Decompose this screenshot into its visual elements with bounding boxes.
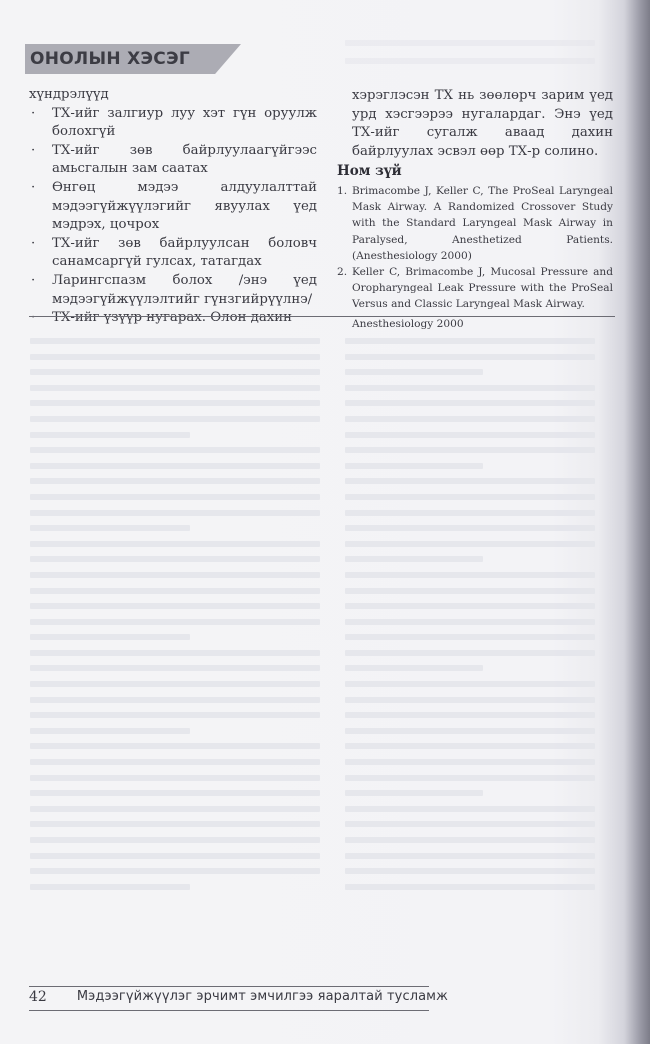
page-number: 42 xyxy=(29,989,47,1005)
bullet-dot-icon: · xyxy=(31,179,35,198)
reference-source: Anesthesiology 2000 xyxy=(352,316,613,332)
list-item-text: ТХ-ийг үзүүр нугарах. Олон дахин xyxy=(52,310,292,325)
reference-item: 1. Brimacombe J, Keller C, The ProSeal L… xyxy=(337,183,613,264)
list-item: · ТХ-ийг зөв байрлуулаагүйгээс амьсгалын… xyxy=(29,142,317,179)
document-page: ОНОЛЫН ХЭСЭГ хүндрэлүүд · ТХ-ийг залгиур… xyxy=(0,0,650,1044)
section-title: ОНОЛЫН ХЭСЭГ xyxy=(30,49,190,69)
footer-top-rule xyxy=(29,986,429,987)
right-column: хэрэглэсэн ТХ нь зөөлөрч зарим үед урд х… xyxy=(337,87,613,332)
references-heading: Ном зүй xyxy=(337,162,613,181)
list-item-text: Өнгөц мэдээ алдуулалттай мэдээгүйжүүлэги… xyxy=(52,180,317,232)
reference-number: 1. xyxy=(337,183,347,199)
list-item-text: ТХ-ийг зөв байрлуулаагүйгээс амьсгалын з… xyxy=(52,143,317,177)
footer-bottom-rule xyxy=(29,1010,429,1011)
list-item: · ТХ-ийг зөв байрлуулсан боловч санамсар… xyxy=(29,235,317,272)
list-item-text: ТХ-ийг залгиур луу хэт гүн оруулж болохг… xyxy=(52,106,317,140)
list-item-text: ТХ-ийг зөв байрлуулсан боловч санамсаргү… xyxy=(52,236,317,270)
bullet-dot-icon: · xyxy=(31,235,35,254)
bullet-dot-icon: · xyxy=(31,272,35,291)
intro-text: хүндрэлүүд xyxy=(29,86,317,105)
references-list: 1. Brimacombe J, Keller C, The ProSeal L… xyxy=(337,183,613,332)
reference-number: 2. xyxy=(337,264,347,280)
reference-text: Keller C, Brimacombe J, Mucosal Pressure… xyxy=(352,266,613,310)
complications-list: · ТХ-ийг залгиур луу хэт гүн оруулж боло… xyxy=(29,105,317,328)
bullet-dot-icon: · xyxy=(31,105,35,124)
bullet-dot-icon: · xyxy=(31,309,35,328)
list-item: · ТХ-ийг үзүүр нугарах. Олон дахин xyxy=(29,309,317,328)
list-item: · ТХ-ийг залгиур луу хэт гүн оруулж боло… xyxy=(29,105,317,142)
reference-item: 2. Keller C, Brimacombe J, Mucosal Press… xyxy=(337,264,613,332)
reference-text: Brimacombe J, Keller C, The ProSeal Lary… xyxy=(352,185,613,262)
page-footer: 42 Мэдээгүйжүүлэг эрчимт эмчилгээ яаралт… xyxy=(29,989,448,1005)
continuation-paragraph: хэрэглэсэн ТХ нь зөөлөрч зарим үед урд х… xyxy=(352,87,613,161)
bullet-dot-icon: · xyxy=(31,142,35,161)
journal-title: Мэдээгүйжүүлэг эрчимт эмчилгээ яаралтай … xyxy=(77,989,448,1005)
section-divider xyxy=(29,316,615,317)
list-item: · Ларингспазм болох /энэ үед мэдээгүйжүү… xyxy=(29,272,317,309)
left-column: хүндрэлүүд · ТХ-ийг залгиур луу хэт гүн … xyxy=(29,86,317,328)
list-item: · Өнгөц мэдээ алдуулалттай мэдээгүйжүүлэ… xyxy=(29,179,317,235)
list-item-text: Ларингспазм болох /энэ үед мэдээгүйжүүлэ… xyxy=(52,273,317,307)
